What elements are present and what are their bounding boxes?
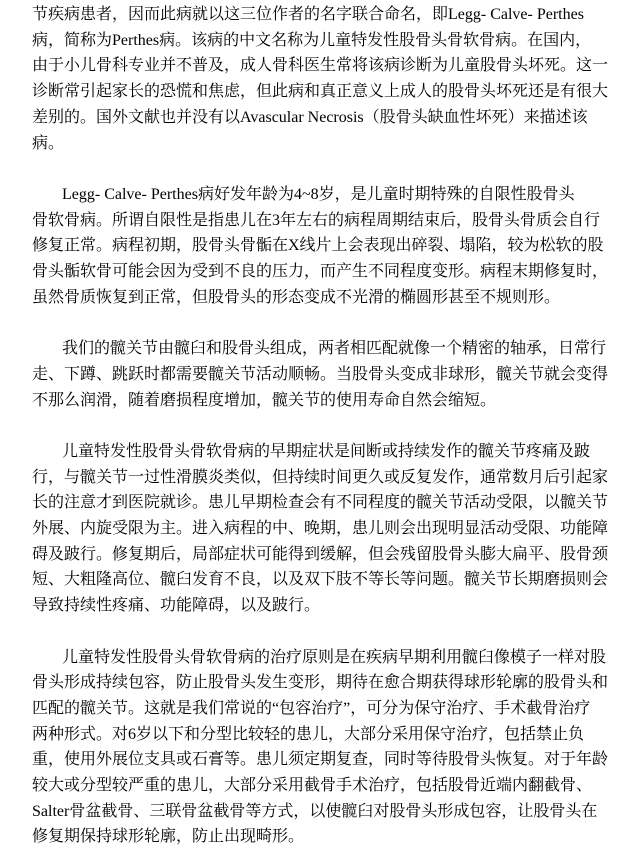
paragraph-5-line-5: 重，使用外展位支具或石膏等。患儿须定期复查，同时等待股骨头恢复。对于年龄: [32, 747, 610, 773]
paragraph-4-line-7: 导致持续性疼痛、功能障碍，以及跛行。: [32, 593, 610, 619]
paragraph-5-line-2: 骨头形成持续包容，防止股骨头发生变形，期待在愈合期获得球形轮廓的股骨头和: [32, 670, 610, 696]
paragraph-2-line-5: 虽然骨质恢复到正常，但股骨头的形态变成不光滑的椭圆形甚至不规则形。: [32, 285, 610, 311]
paragraph-5-line-6: 较大或分型较严重的患儿，大部分采用截骨手术治疗，包括股骨近端内翻截骨、: [32, 773, 610, 799]
paragraph-2-line-3: 修复正常。病程初期，股骨头骨骺在X线片上会表现出碎裂、塌陷，较为松软的股: [32, 233, 610, 259]
paragraph-1-line-6: 病。: [32, 131, 610, 157]
paragraph-5-line-1: 儿童特发性股骨头骨软骨病的治疗原则是在疾病早期利用髋臼像模子一样对股: [32, 645, 610, 671]
paragraph-4-line-2: 行，与髋关节一过性滑膜炎类似，但持续时间更久或反复发作，通常数月后引起家: [32, 465, 610, 491]
paragraph-1: 节疾病患者，因而此病就以这三位作者的名字联合命名，即Legg- Calve- P…: [32, 2, 610, 156]
paragraph-1-line-4: 诊断常引起家长的恐慌和焦虑，但此病和真正意义上成人的股骨头坏死还是有很大: [32, 79, 610, 105]
paragraph-5-line-4: 两种形式。对6岁以下和分型比较轻的患儿，大部分采用保守治疗，包括禁止负: [32, 722, 610, 748]
paragraph-2-line-4: 骨头骺软骨可能会因为受到不良的压力，而产生不同程度变形。病程末期修复时，: [32, 259, 610, 285]
paragraph-4-line-6: 短、大粗隆高位、髋臼发育不良，以及双下肢不等长等问题。髋关节长期磨损则会: [32, 567, 610, 593]
paragraph-4-line-4: 外展、内旋受限为主。进入病程的中、晚期，患儿则会出现明显活动受限、功能障: [32, 516, 610, 542]
paragraph-4: 儿童特发性股骨头骨软骨病的早期症状是间断或持续发作的髋关节疼痛及跛行，与髋关节一…: [32, 439, 610, 619]
paragraph-5: 儿童特发性股骨头骨软骨病的治疗原则是在疾病早期利用髋臼像模子一样对股骨头形成持续…: [32, 645, 610, 851]
paragraph-4-line-1: 儿童特发性股骨头骨软骨病的早期症状是间断或持续发作的髋关节疼痛及跛: [32, 439, 610, 465]
paragraph-1-line-2: 病，简称为Perthes病。该病的中文名称为儿童特发性股骨头骨软骨病。在国内，: [32, 28, 610, 54]
paragraph-4-line-5: 碍及跛行。修复期后，局部症状可能得到缓解，但会残留股骨头膨大扁平、股骨颈: [32, 542, 610, 568]
paragraph-1-line-3: 由于小儿骨科专业并不普及，成人骨科医生常将该病诊断为儿童股骨头坏死。这一: [32, 53, 610, 79]
paragraph-1-line-5: 差别的。国外文献也并没有以Avascular Necrosis（股骨头缺血性坏死…: [32, 105, 610, 131]
paragraph-5-line-8: 修复期保持球形轮廓，防止出现畸形。: [32, 824, 610, 850]
paragraph-5-line-3: 匹配的髋关节。这就是我们常说的“包容治疗”，可分为保守治疗、手术截骨治疗: [32, 696, 610, 722]
paragraph-3-line-2: 走、下蹲、跳跃时都需要髋关节活动顺畅。当股骨头变成非球形，髋关节就会变得: [32, 362, 610, 388]
paragraph-1-line-1: 节疾病患者，因而此病就以这三位作者的名字联合命名，即Legg- Calve- P…: [32, 2, 610, 28]
paragraph-3-line-1: 我们的髋关节由髋臼和股骨头组成，两者相匹配就像一个精密的轴承，日常行: [32, 336, 610, 362]
paragraph-4-line-3: 长的注意才到医院就诊。患儿早期检查会有不同程度的髋关节活动受限，以髋关节: [32, 490, 610, 516]
paragraph-3-line-3: 不那么润滑，随着磨损程度增加，髋关节的使用寿命自然会缩短。: [32, 388, 610, 414]
paragraph-3: 我们的髋关节由髋臼和股骨头组成，两者相匹配就像一个精密的轴承，日常行走、下蹲、跳…: [32, 336, 610, 413]
document-page: 节疾病患者，因而此病就以这三位作者的名字联合命名，即Legg- Calve- P…: [0, 0, 641, 866]
paragraph-2: Legg- Calve- Perthes病好发年龄为4~8岁，是儿童时期特殊的自…: [32, 182, 610, 311]
paragraph-2-line-1: Legg- Calve- Perthes病好发年龄为4~8岁，是儿童时期特殊的自…: [32, 182, 610, 208]
paragraph-5-line-7: Salter骨盆截骨、三联骨盆截骨等方式，以使髋臼对股骨头形成包容，让股骨头在: [32, 799, 610, 825]
paragraph-2-line-2: 骨软骨病。所谓自限性是指患儿在3年左右的病程周期结束后，股骨头骨质会自行: [32, 208, 610, 234]
